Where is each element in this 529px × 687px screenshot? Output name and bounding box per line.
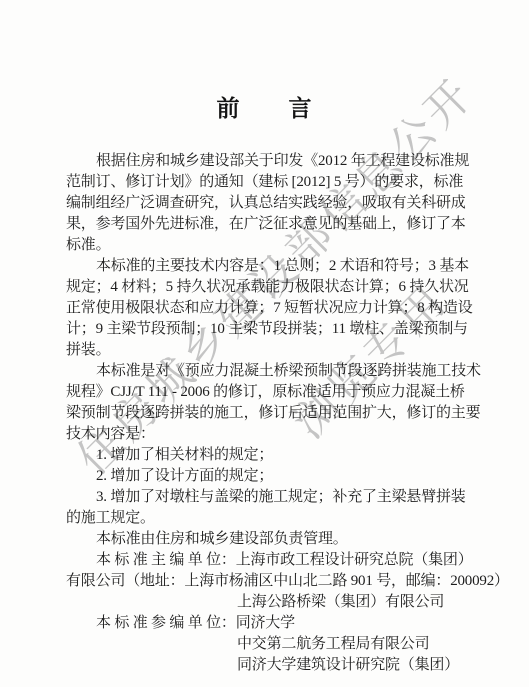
text-line: 本标准由住房和城乡建设部负责管理。 (66, 529, 496, 550)
text-line: 拼装。 (66, 340, 496, 361)
text-line: 计；9 主梁节段预制；10 主梁节段拼装；11 墩柱、盖梁预制与 (66, 319, 496, 340)
text-line: 的施工规定。 (66, 508, 496, 529)
text-line: 规程》CJJ/T 111 - 2006 的修订，原标准适用于预应力混凝土桥 (66, 382, 496, 403)
body-text: 根据住房和城乡建设部关于印发《2012 年工程建设标准规范制订、修订计划》的通知… (66, 151, 496, 676)
text-line: 编制组经广泛调查研究，认真总结实践经验，吸取有关科研成 (66, 193, 496, 214)
text-line: 本 标 准 主 编 单 位：上海市政工程设计研究总院（集团） (66, 550, 496, 571)
document-page: 住房城乡建设部信息公开 浏览专用 前 言 根据住房和城乡建设部关于印发《2012… (0, 0, 529, 687)
text-line: 技术内容是： (66, 424, 496, 445)
text-line: 同济大学建筑设计研究院（集团） (66, 655, 496, 676)
text-line: 2. 增加了设计方面的规定； (66, 466, 496, 487)
text-line: 上海公路桥梁（集团）有限公司 (66, 592, 496, 613)
page-title: 前 言 (0, 90, 529, 123)
text-line: 正常使用极限状态和应力计算；7 短暂状况应力计算；8 构造设 (66, 298, 496, 319)
text-line: 本标准是对《预应力混凝土桥梁预制节段逐跨拼装施工技术 (66, 361, 496, 382)
text-line: 根据住房和城乡建设部关于印发《2012 年工程建设标准规 (66, 151, 496, 172)
text-line: 有限公司（地址：上海市杨浦区中山北二路 901 号，邮编：200092） (66, 571, 496, 592)
text-line: 1. 增加了相关材料的规定； (66, 445, 496, 466)
text-line: 范制订、修订计划》的通知（建标 [2012] 5 号）的要求，标准 (66, 172, 496, 193)
text-line: 标准。 (66, 235, 496, 256)
text-line: 中交第二航务工程局有限公司 (66, 634, 496, 655)
text-line: 梁预制节段逐跨拼装的施工，修订后适用范围扩大，修订的主要 (66, 403, 496, 424)
text-line: 规定；4 材料；5 持久状况承载能力极限状态计算；6 持久状况 (66, 277, 496, 298)
text-line: 本标准的主要技术内容是：1 总则；2 术语和符号；3 基本 (66, 256, 496, 277)
text-line: 果，参考国外先进标准，在广泛征求意见的基础上，修订了本 (66, 214, 496, 235)
text-line: 3. 增加了对墩柱与盖梁的施工规定；补充了主梁悬臂拼装 (66, 487, 496, 508)
text-line: 本 标 准 参 编 单 位：同济大学 (66, 613, 496, 634)
